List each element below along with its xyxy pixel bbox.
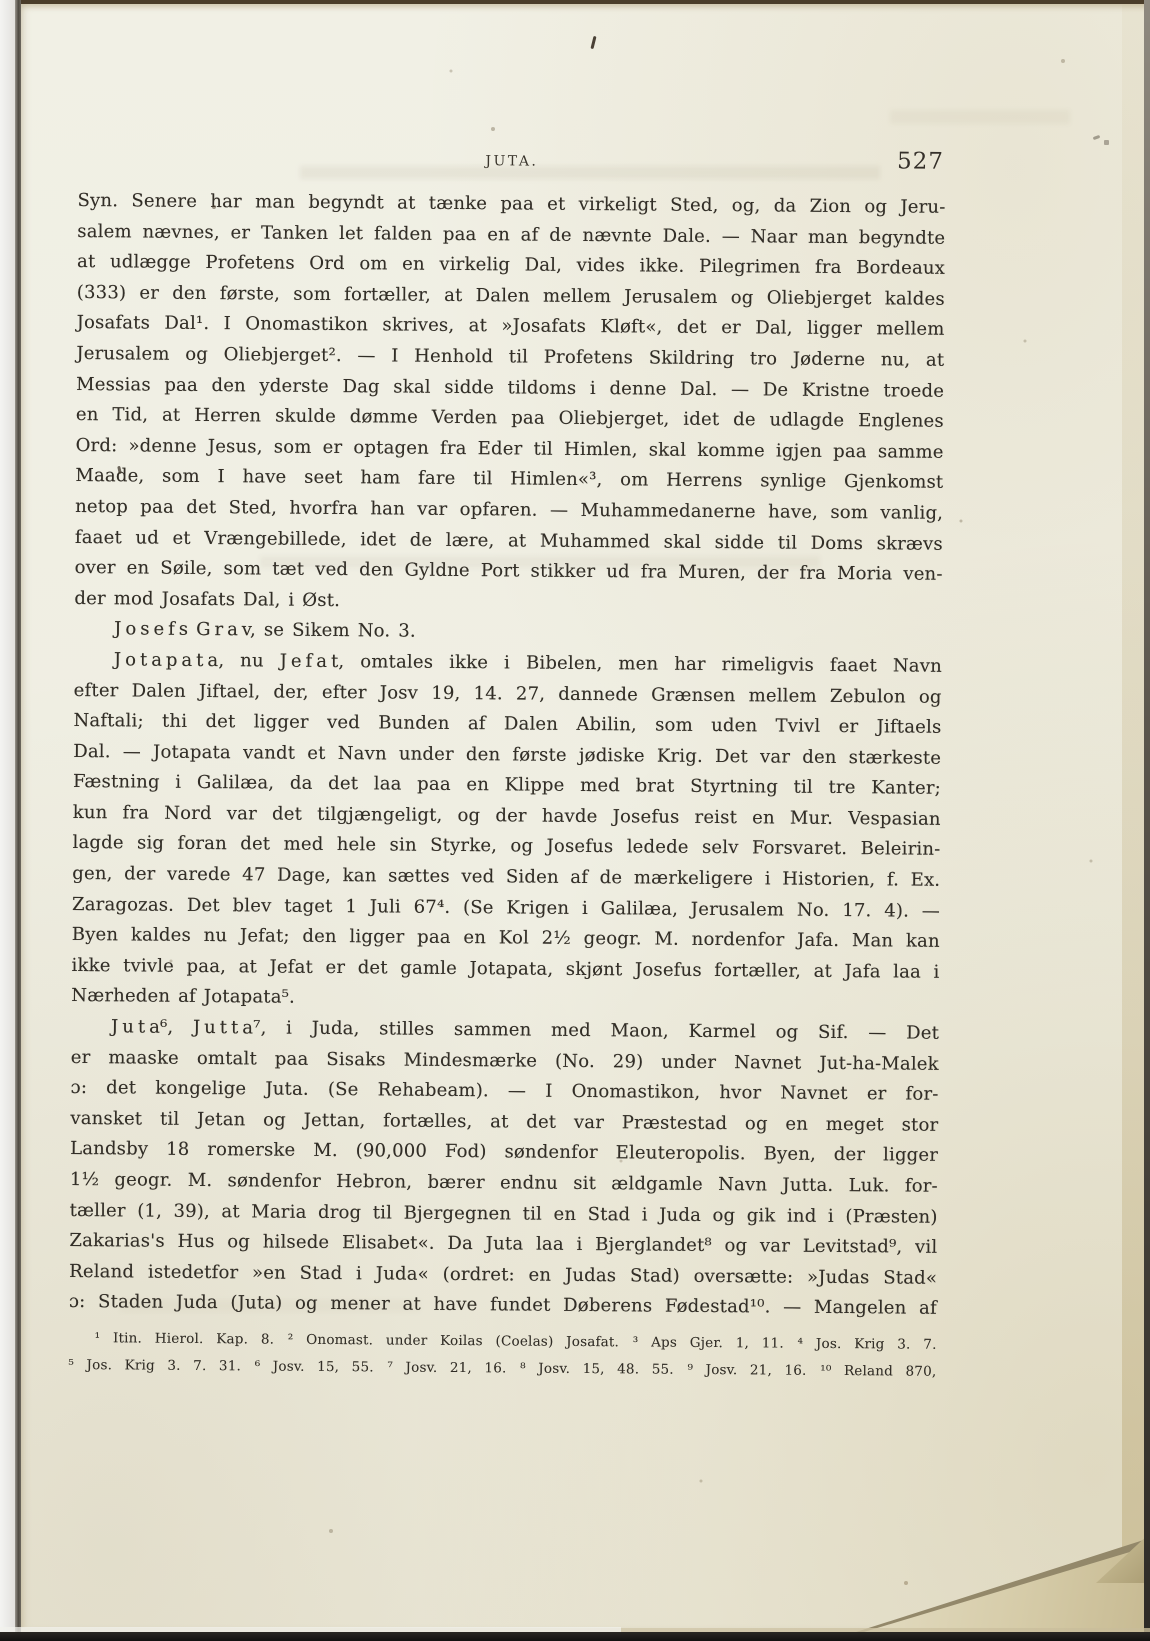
page-content: JUTA. 527 Syn. Senere har man begyndt at… xyxy=(68,146,946,1386)
dust-specks xyxy=(0,0,2,2)
ink-mark xyxy=(1104,140,1109,145)
page-edge-right xyxy=(1144,0,1150,1641)
scanned-book-page: JUTA. 527 Syn. Senere har man begyndt at… xyxy=(0,0,1150,1641)
page-aging-band-right xyxy=(1122,4,1144,1632)
running-head: JUTA. 527 xyxy=(78,146,946,193)
page-number: 527 xyxy=(897,148,944,174)
paragraph: Syn. Senere har man begyndt at tænke paa… xyxy=(74,186,945,621)
text-line: ɔ: Staden Juda (Juta) og mener at have f… xyxy=(69,1287,937,1324)
footnotes-block: ¹ Itin. Hierol. Kap. 8. ² Onomast. under… xyxy=(68,1325,936,1386)
scanner-background-left xyxy=(0,0,15,1641)
paragraph: J u t a⁶, J u t t a⁷, i Juda, stilles sa… xyxy=(69,1012,939,1325)
text-block: Syn. Senere har man begyndt at tænke paa… xyxy=(69,186,946,1325)
paragraph: J o t a p a t a, nu J e f a t, omtales i… xyxy=(71,645,942,1019)
running-title: JUTA. xyxy=(78,150,946,173)
scanner-shadow-bottom xyxy=(0,1632,1150,1641)
